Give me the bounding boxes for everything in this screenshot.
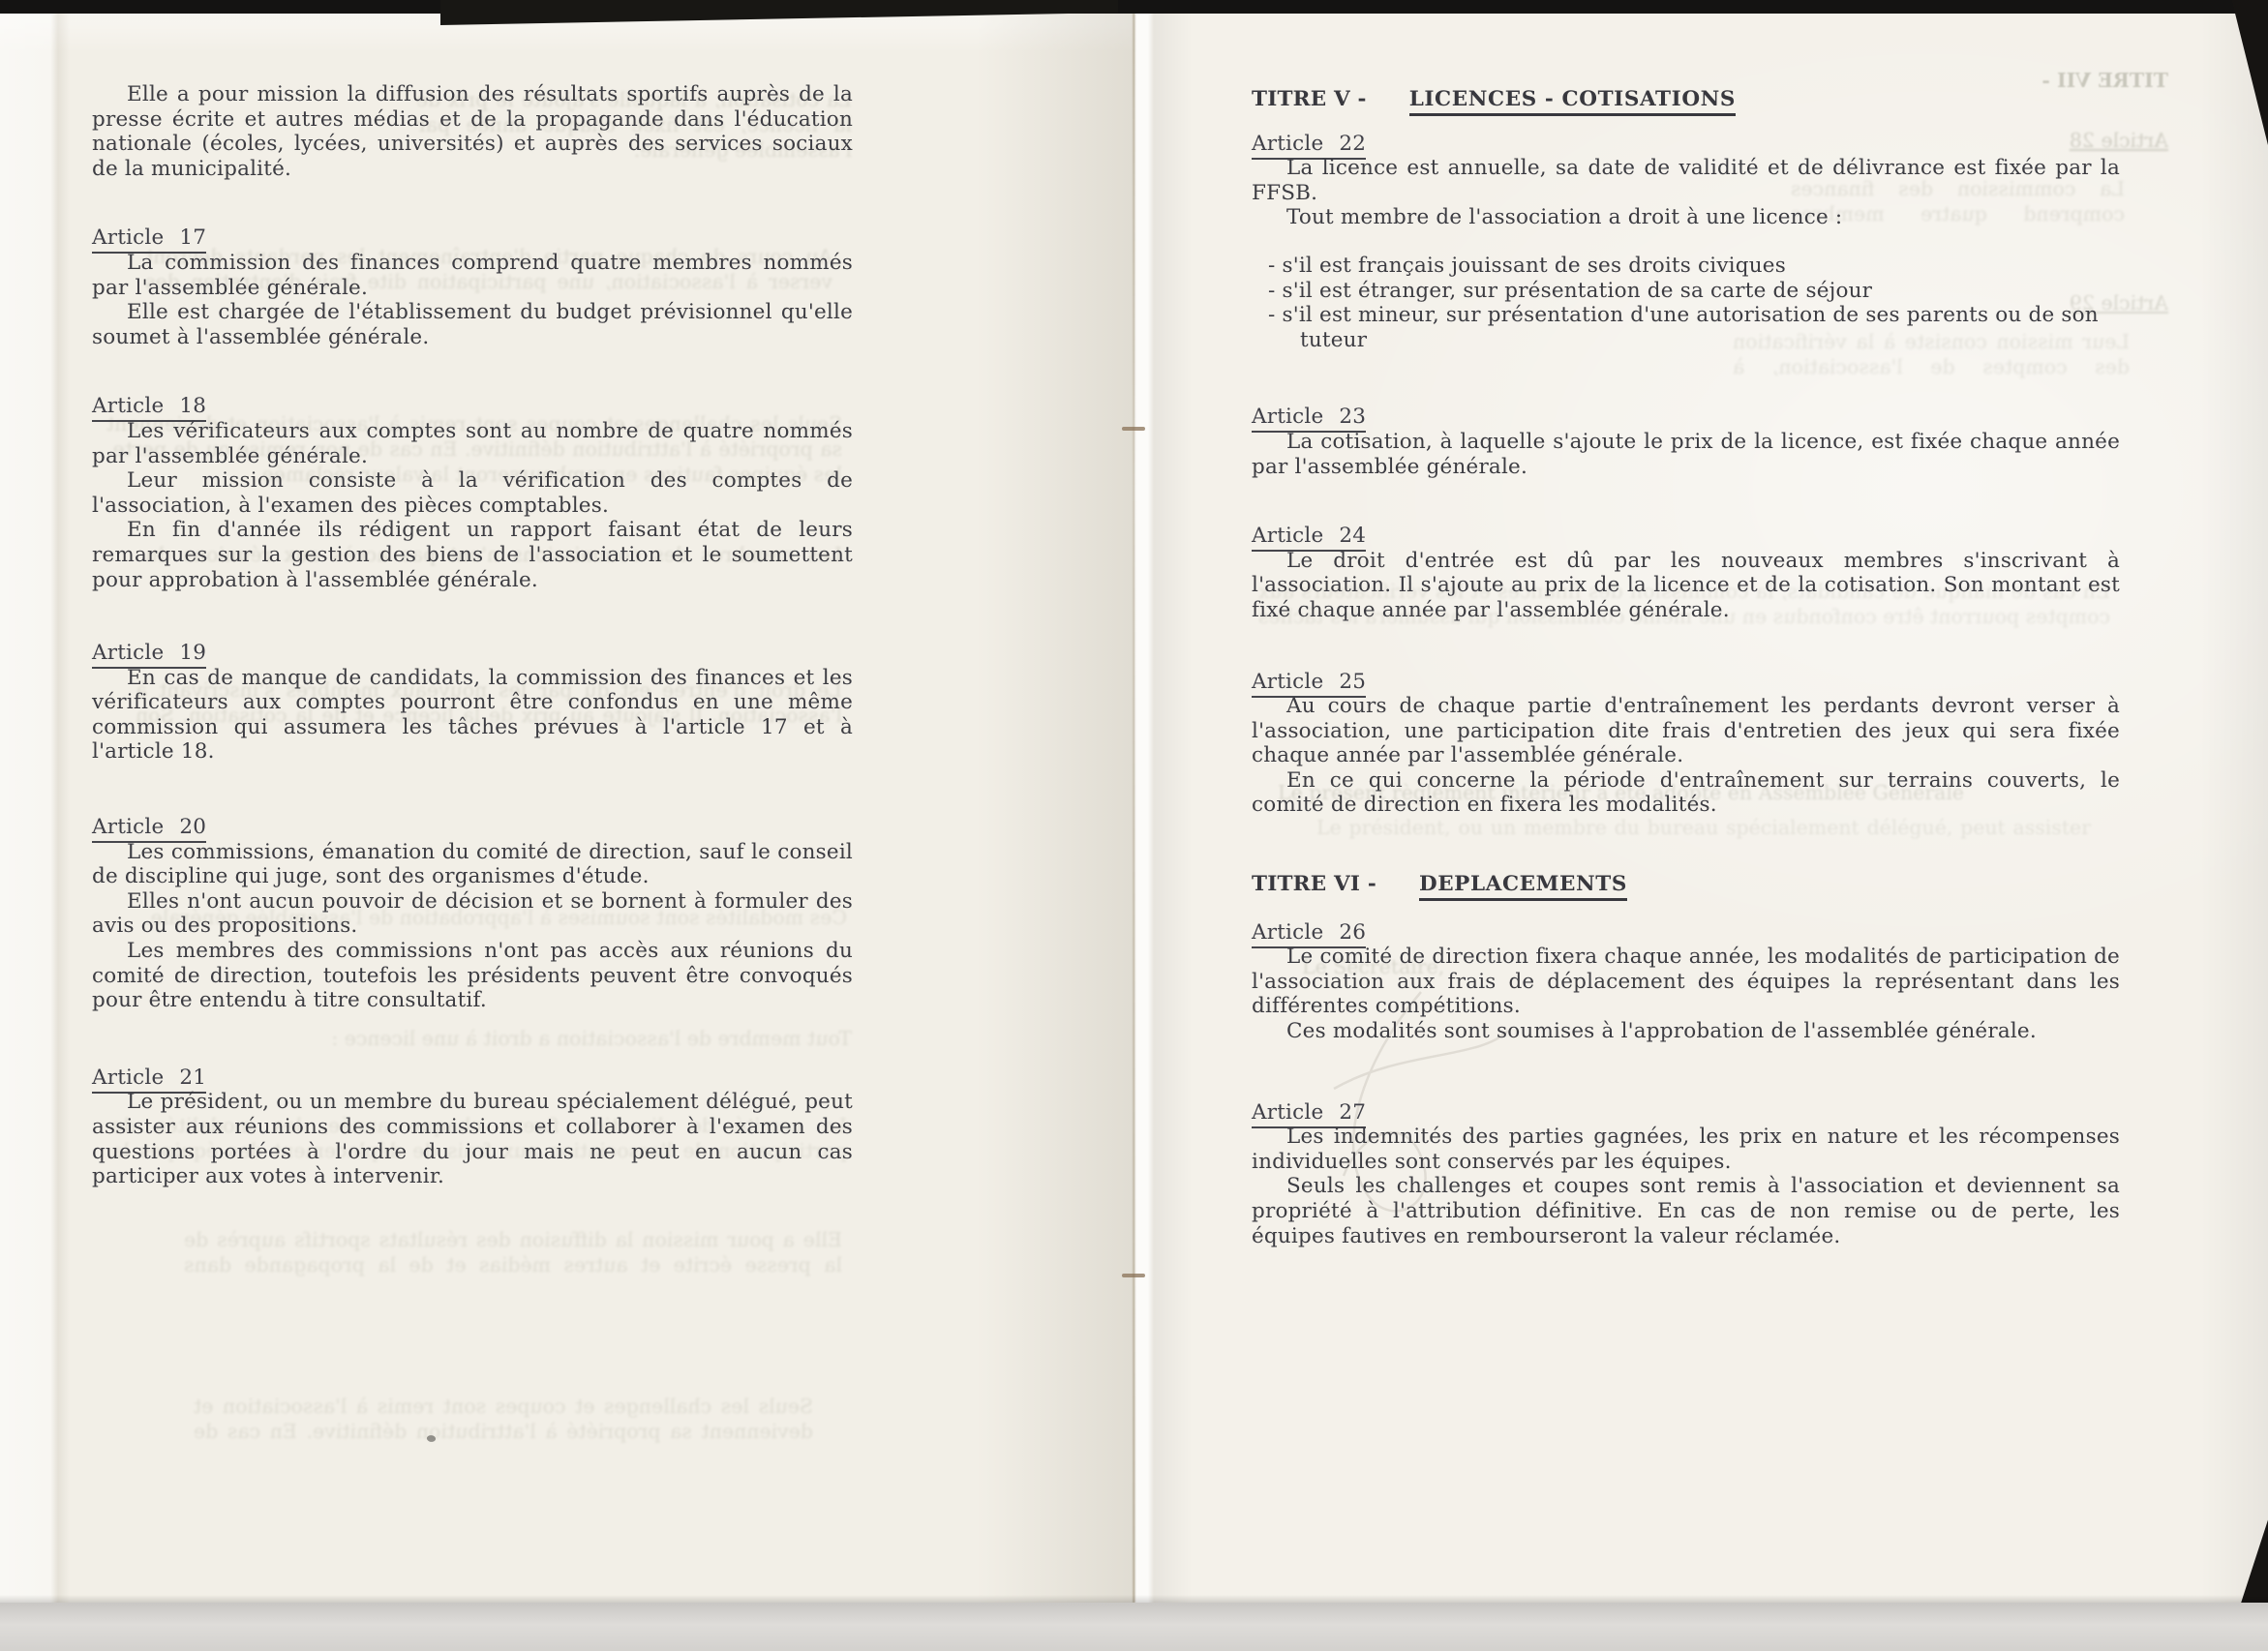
scanner-bottom-edge xyxy=(0,1603,2268,1651)
article-24-heading: Article 24 xyxy=(1252,524,2120,549)
paragraph: En cas de manque de candidats, la commis… xyxy=(92,666,853,765)
article-19-heading: Article 19 xyxy=(92,641,853,666)
article-18-heading: Article 18 xyxy=(92,394,853,419)
scanner-top-edge xyxy=(0,0,2268,14)
paragraph: Le comité de direction fixera chaque ann… xyxy=(1252,945,2120,1019)
paragraph: Les vérificateurs aux comptes sont au no… xyxy=(92,419,853,468)
list-item: - s'il est français jouissant de ses dro… xyxy=(1252,254,2120,279)
paragraph: Au cours de chaque partie d'entraînement… xyxy=(1252,694,2120,768)
paragraph: La cotisation, à laquelle s'ajoute le pr… xyxy=(1252,430,2120,479)
staple-top xyxy=(1122,427,1145,431)
article-21-heading: Article 21 xyxy=(92,1066,853,1091)
right-page-text-column: TITRE V -LICENCES - COTISATIONS Article … xyxy=(1252,87,2120,1248)
article-17-heading: Article 17 xyxy=(92,225,853,251)
titre-v-label: TITRE V - xyxy=(1252,87,1367,111)
list-item: - s'il est étranger, sur présentation de… xyxy=(1252,279,2120,304)
staple-bottom xyxy=(1122,1274,1145,1277)
paragraph: Les commissions, émanation du comité de … xyxy=(92,840,853,889)
paragraph: Elle a pour mission la diffusion des rés… xyxy=(92,82,853,181)
book-gutter-fold xyxy=(1133,14,1135,1603)
scanned-book-spread: La cotisation, à laquelle s'ajoute le pr… xyxy=(0,0,2268,1651)
paragraph: La licence est annuelle, sa date de vali… xyxy=(1252,156,2120,205)
paragraph: Seuls les challenges et coupes sont remi… xyxy=(1252,1174,2120,1248)
paragraph: Elles n'ont aucun pouvoir de décision et… xyxy=(92,889,853,939)
paragraph: En fin d'année ils rédigent un rapport f… xyxy=(92,518,853,592)
article-25-heading: Article 25 xyxy=(1252,670,2120,695)
paragraph: Les membres des commissions n'ont pas ac… xyxy=(92,939,853,1013)
article-26-heading: Article 26 xyxy=(1252,920,2120,946)
paragraph: La commission des finances comprend quat… xyxy=(92,251,853,300)
titre-vi-name: DEPLACEMENTS xyxy=(1419,872,1627,901)
article-22-heading: Article 22 xyxy=(1252,132,2120,157)
licence-conditions-list: - s'il est français jouissant de ses dro… xyxy=(1252,254,2120,352)
paragraph: Tout membre de l'association a droit à u… xyxy=(1252,205,2120,230)
paragraph: Le droit d'entrée est dû par les nouveau… xyxy=(1252,549,2120,623)
paragraph: Le président, ou un membre du bureau spé… xyxy=(92,1090,853,1188)
titre-vi-label: TITRE VI - xyxy=(1252,872,1376,896)
article-27-heading: Article 27 xyxy=(1252,1100,2120,1126)
list-item: - s'il est mineur, sur présentation d'un… xyxy=(1252,303,2120,352)
titre-vi-heading: TITRE VI -DEPLACEMENTS xyxy=(1252,872,2120,897)
paragraph: Leur mission consiste à la vérification … xyxy=(92,468,853,518)
titre-v-heading: TITRE V -LICENCES - COTISATIONS xyxy=(1252,87,2120,112)
paragraph: Elle est chargée de l'établissement du b… xyxy=(92,300,853,349)
paragraph: Les indemnités des parties gagnées, les … xyxy=(1252,1125,2120,1174)
article-23-heading: Article 23 xyxy=(1252,405,2120,430)
article-20-heading: Article 20 xyxy=(92,815,853,840)
left-page-text-column: Elle a pour mission la diffusion des rés… xyxy=(92,82,853,1189)
paragraph: Ces modalités sont soumises à l'approbat… xyxy=(1252,1019,2120,1044)
titre-v-name: LICENCES - COTISATIONS xyxy=(1409,87,1736,116)
paragraph: En ce qui concerne la période d'entraîne… xyxy=(1252,768,2120,818)
